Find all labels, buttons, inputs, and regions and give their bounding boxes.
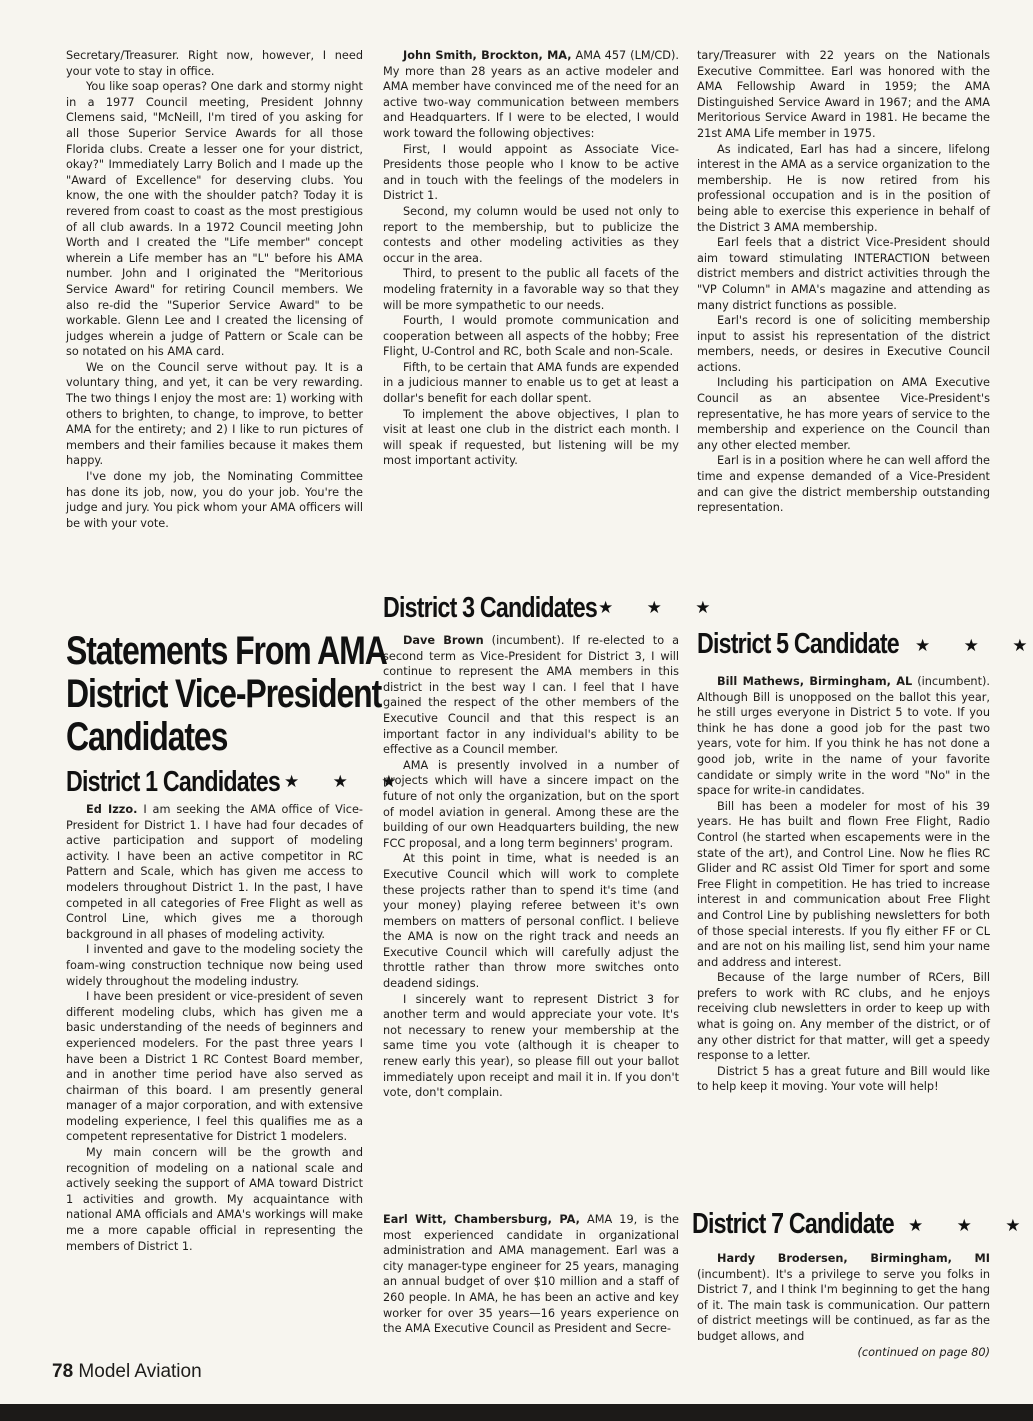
paragraph: Including his participation on AMA Execu…	[697, 375, 990, 453]
paragraph: My main concern will be the growth and r…	[66, 1145, 363, 1254]
paragraph: Fifth, to be certain that AMA funds are …	[383, 360, 679, 407]
paragraph: I invented and gave to the modeling soci…	[66, 942, 363, 989]
paragraph: AMA is presently involved in a number of…	[383, 758, 679, 852]
magazine-name: Model Aviation	[78, 1361, 201, 1382]
paragraph: I sincerely want to represent District 3…	[383, 992, 679, 1101]
paragraph: I have been president or vice-president …	[66, 989, 363, 1145]
paragraph: Second, my column would be used not only…	[383, 204, 679, 266]
column-1-continuation: Secretary/Treasurer. Right now, however,…	[66, 48, 363, 531]
article-headline: Statements From AMA District Vice-Presid…	[66, 630, 322, 759]
paragraph: Earl's record is one of soliciting membe…	[697, 313, 990, 375]
paragraph: Third, to present to the public all face…	[383, 266, 679, 313]
paragraph: tary/Treasurer with 22 years on the Nati…	[697, 48, 990, 142]
candidate-bill-mathews: Bill Mathews, Birmingham, AL (incumbent)…	[697, 674, 990, 1095]
page-footer: 78 Model Aviation	[52, 1361, 202, 1383]
magazine-page: Secretary/Treasurer. Right now, however,…	[0, 0, 1033, 1404]
candidate-name: Hardy Brodersen, Birmingham, MI	[717, 1252, 990, 1265]
candidate-hardy-brodersen: Hardy Brodersen, Birmingham, MI (incumbe…	[697, 1251, 990, 1360]
paragraph: District 5 has a great future and Bill w…	[697, 1064, 990, 1095]
paragraph: To implement the above objectives, I pla…	[383, 407, 679, 469]
page-number: 78	[52, 1361, 73, 1382]
paragraph: Secretary/Treasurer. Right now, however,…	[66, 48, 363, 79]
paragraph: Fourth, I would promote communication an…	[383, 313, 679, 360]
candidate-earl-witt: Earl Witt, Chambersburg, PA, AMA 19, is …	[383, 1212, 679, 1337]
district-7-heading: District 7 Candidate	[692, 1208, 944, 1240]
paragraph: Earl feels that a district Vice-Presiden…	[697, 235, 990, 313]
star-icons: ★ ★ ★	[598, 598, 725, 618]
candidate-name: Bill Mathews, Birmingham, AL	[717, 675, 912, 688]
headline-line-3: Candidates	[66, 716, 322, 759]
star-icons: ★ ★ ★	[915, 636, 1033, 656]
headline-line-1: Statements From AMA	[66, 630, 322, 673]
paragraph: Because of the large number of RCers, Bi…	[697, 970, 990, 1064]
paragraph: As indicated, Earl has had a sincere, li…	[697, 142, 990, 236]
star-icons: ★ ★ ★	[908, 1216, 1033, 1236]
paragraph: Bill has been a modeler for most of his …	[697, 799, 990, 971]
candidate-john-smith: John Smith, Brockton, MA, AMA 457 (LM/CD…	[383, 48, 679, 469]
candidate-earl-witt-continued: tary/Treasurer with 22 years on the Nati…	[697, 48, 990, 516]
district-5-heading: District 5 Candidate	[697, 628, 949, 660]
paragraph: I've done my job, the Nominating Committ…	[66, 469, 363, 531]
paragraph: You like soap operas? One dark and storm…	[66, 79, 363, 360]
continued-note: (continued on page 80)	[697, 1345, 990, 1361]
candidate-name: Earl Witt, Chambersburg, PA,	[383, 1213, 580, 1226]
paragraph: First, I would appoint as Associate Vice…	[383, 142, 679, 204]
paragraph: Earl is in a position where he can well …	[697, 453, 990, 515]
scan-border	[0, 1404, 1033, 1421]
headline-line-2: District Vice-President	[66, 673, 322, 716]
candidate-name: Ed Izzo.	[86, 803, 137, 816]
candidate-dave-brown: Dave Brown (incumbent). If re-elected to…	[383, 633, 679, 1101]
candidate-ed-izzo: Ed Izzo. I am seeking the AMA office of …	[66, 802, 363, 1254]
candidate-name: John Smith, Brockton, MA,	[403, 49, 572, 62]
paragraph: We on the Council serve without pay. It …	[66, 360, 363, 469]
candidate-name: Dave Brown	[403, 634, 484, 647]
paragraph: At this point in time, what is needed is…	[383, 851, 679, 991]
